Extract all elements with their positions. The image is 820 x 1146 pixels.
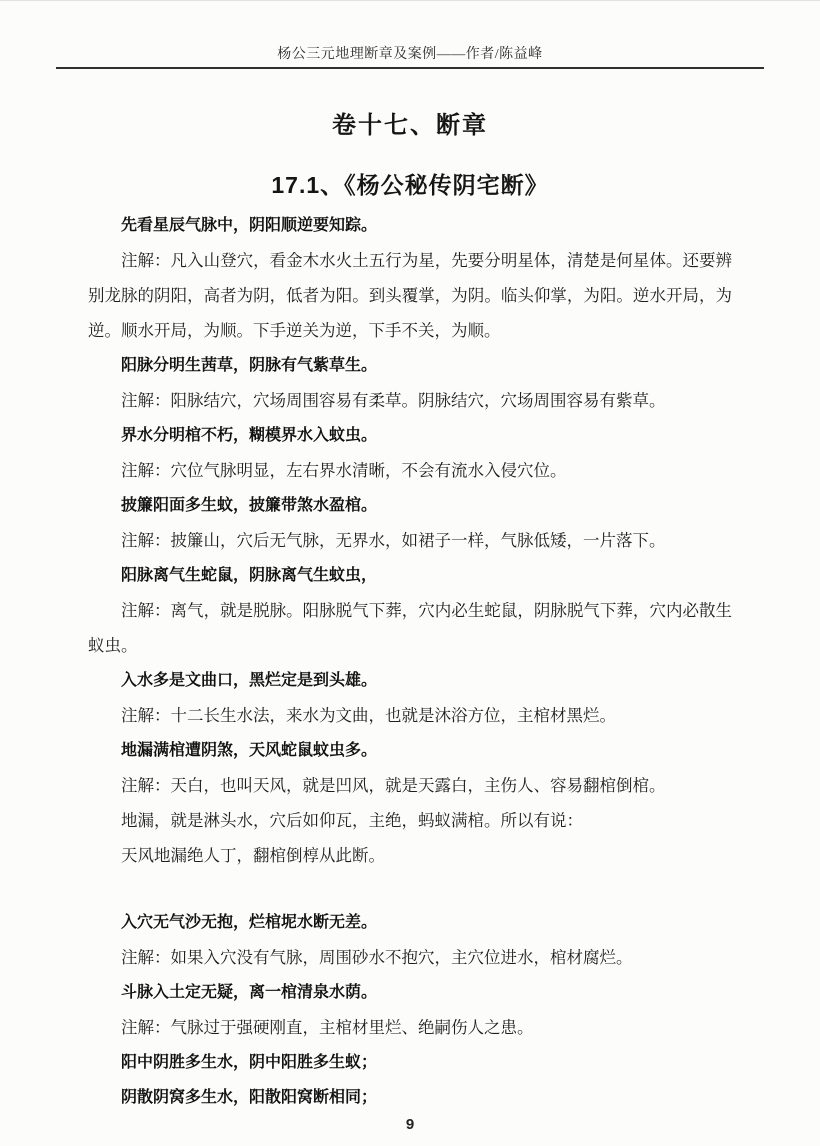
document-body: 先看星辰气脉中，阴阳顺逆要知踪。注解：凡入山登穴，看金木水火土五行为星，先要分明… [88,208,732,1115]
verse-line: 斗脉入土定无疑，离一棺清泉水荫。 [88,975,732,1010]
page-number: 9 [406,1116,414,1133]
verse-line: 先看星辰气脉中，阴阳顺逆要知踪。 [88,208,732,243]
verse-line: 界水分明棺不朽，糊模界水入蚊虫。 [88,418,732,453]
note-paragraph: 注解：如果入穴没有气脉，周围砂水不抱穴，主穴位进水，棺材腐烂。 [88,940,732,975]
verse-line: 披簾阳面多生蚊，披簾带煞水盈棺。 [88,488,732,523]
section-title: 17.1、《杨公秘传阴宅断》 [0,167,820,200]
document-page: 杨公三元地理断章及案例——作者/陈益峰 卷十七、断章 17.1、《杨公秘传阴宅断… [0,0,820,1146]
page-footer: 9 [0,1116,820,1133]
note-paragraph: 注解：天白，也叫天风，就是凹风，就是天露白，主伤人、容易翻棺倒棺。 [88,768,732,803]
verse-line: 阳脉分明生茜草，阴脉有气紫草生。 [88,348,732,383]
note-paragraph: 注解：穴位气脉明显，左右界水清晰，不会有流水入侵穴位。 [88,453,732,488]
note-paragraph: 注解：十二长生水法，来水为文曲，也就是沐浴方位，主棺材黑烂。 [88,698,732,733]
header-divider [56,67,764,69]
note-paragraph: 天风地漏绝人丁，翻棺倒椁从此断。 [88,838,732,873]
note-paragraph: 注解：披簾山，穴后无气脉，无界水，如裙子一样，气脉低矮，一片落下。 [88,523,732,558]
verse-line: 地漏满棺遭阴煞，天风蛇鼠蚊虫多。 [88,733,732,768]
verse-line: 入穴无气沙无抱，烂棺坭水断无差。 [88,905,732,940]
note-paragraph: 注解：离气，就是脱脉。阳脉脱气下葬，穴内必生蛇鼠，阴脉脱气下葬，穴内必散生蚁虫。 [88,593,732,663]
verse-line: 阳中阴胜多生水，阴中阳胜多生蚁； [88,1045,732,1080]
note-paragraph: 注解：凡入山登穴，看金木水火土五行为星，先要分明星体，清楚是何星体。还要辨别龙脉… [88,243,732,348]
verse-line: 入水多是文曲口，黑烂定是到头雄。 [88,663,732,698]
note-paragraph: 注解：阳脉结穴，穴场周围容易有柔草。阴脉结穴，穴场周围容易有紫草。 [88,383,732,418]
note-paragraph: 地漏，就是淋头水，穴后如仰瓦，主绝，蚂蚁满棺。所以有说： [88,803,732,838]
chapter-title: 卷十七、断章 [0,105,820,140]
note-paragraph: 注解：气脉过于强硬刚直，主棺材里烂、绝嗣伤人之患。 [88,1010,732,1045]
verse-line: 阳脉离气生蛇鼠，阴脉离气生蚊虫， [88,558,732,593]
running-header: 杨公三元地理断章及案例——作者/陈益峰 [0,43,820,63]
verse-line: 阴散阴窝多生水，阳散阳窝断相同； [88,1080,732,1115]
